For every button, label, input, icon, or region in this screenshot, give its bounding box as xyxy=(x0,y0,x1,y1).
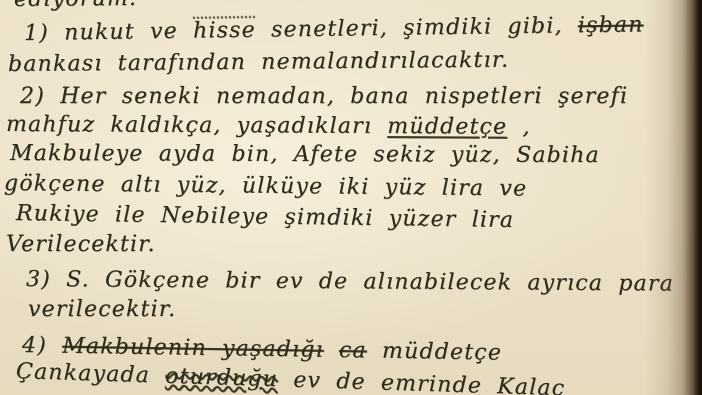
handwritten-line: bankası tarafından nemalandırılacaktır. xyxy=(8,48,510,78)
handwritten-line: mahfuz kaldıkça, yaşadıkları müddetçe , xyxy=(6,112,531,141)
handwritten-line: ediyorum. xyxy=(14,0,137,13)
handwriting-segment: gökçene altı yüz, ülküye iki yüz lira ve xyxy=(4,171,527,201)
handwritten-line: gökçene altı yüz, ülküye iki yüz lira ve xyxy=(4,171,527,202)
handwriting-segment: ediyorum. xyxy=(14,0,137,12)
handwritten-line: 1) nukut ve hisse senetleri, şimdiki gib… xyxy=(24,12,644,47)
handwritten-line: 3) S. Gökçene bir ev de alınabilecek ayr… xyxy=(26,267,674,298)
handwriting-lines: ediyorum. 1) nukut ve hisse senetleri, ş… xyxy=(0,0,702,395)
handwritten-line: Makbuleye ayda bin, Afete sekiz yüz, Sab… xyxy=(10,141,600,169)
handwriting-segment: işban xyxy=(578,12,644,38)
handwriting-segment: müddetçe xyxy=(387,114,507,140)
handwriting-segment: Makbulenin yaşadığı xyxy=(62,334,324,363)
scanned-document-page: ediyorum. 1) nukut ve hisse senetleri, ş… xyxy=(0,0,702,395)
handwriting-segment: müddetçe xyxy=(367,338,503,365)
handwriting-segment: oturduğu xyxy=(165,364,279,393)
handwriting-segment: mahfuz kaldıkça, yaşadıkları xyxy=(6,112,387,139)
handwriting-segment: Verilecektir. xyxy=(6,232,156,257)
handwritten-line: Verilecektir. xyxy=(6,232,156,258)
handwriting-segment: bankası tarafından nemalandırılacaktır. xyxy=(8,48,509,77)
handwriting-segment: Makbuleye ayda bin, Afete sekiz yüz, Sab… xyxy=(10,141,600,168)
handwriting-segment: 2) Her seneki nemadan, bana nispetleri ş… xyxy=(20,84,628,109)
handwriting-segment: verilecektir. xyxy=(28,297,176,322)
handwriting-segment: 1) nukut ve xyxy=(24,19,193,46)
handwriting-segment: 3) S. Gökçene bir ev de alınabilecek ayr… xyxy=(26,267,674,297)
handwriting-segment: senetleri, şimdiki gibi, xyxy=(256,13,578,42)
handwriting-segment: Çankayada xyxy=(16,359,166,389)
handwriting-segment xyxy=(324,338,340,363)
handwriting-segment: hisse xyxy=(193,18,256,44)
handwriting-segment: ca xyxy=(339,338,367,363)
handwriting-segment: , xyxy=(507,115,531,140)
handwritten-line: Rukiye ile Nebileye şimdiki yüzer lira xyxy=(16,201,515,234)
handwriting-segment: ev de emrinde Kalac xyxy=(278,367,566,395)
handwritten-line: verilecektir. xyxy=(28,297,176,323)
handwritten-line: 2) Her seneki nemadan, bana nispetleri ş… xyxy=(20,84,628,110)
handwriting-segment: Rukiye ile Nebileye şimdiki yüzer lira xyxy=(16,201,515,233)
handwriting-segment: 4) xyxy=(22,333,63,359)
